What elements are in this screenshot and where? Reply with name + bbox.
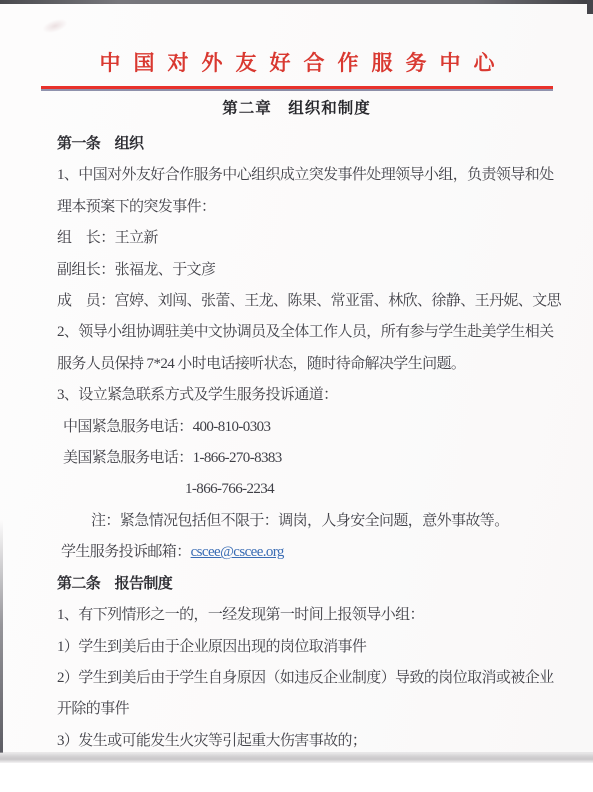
text-line: 2）学生到美后由于学生自身原因（如违反企业制度）导致的岗位取消或被企业 [57,663,557,694]
document-page: 中国对外友好合作服务中心 第二章 组织和制度 第一条 组织 1、中国对外友好合作… [0,0,593,753]
section-heading: 第一条 组织 [57,129,557,160]
text-line: 2、领导小组协调驻美中文协调员及全体工作人员，所有参与学生赴美学生相关 [57,317,557,348]
text-line: 成 员：宫婷、刘闯、张蕾、王龙、陈果、常亚雷、林欣、徐静、王丹妮、文思 [57,286,557,317]
text-line: 组 长：王立新 [57,223,557,254]
text-line: 3、设立紧急联系方式及学生服务投诉通道： [57,380,557,411]
email-line: 学生服务投诉邮箱：cscee@cscee.org [57,537,557,568]
scan-edge-left [0,520,3,753]
phone-line-usa: 美国紧急服务电话：1-866-270-8383 [57,443,557,474]
text-line: 副组长：张福龙、于文彦 [57,255,557,286]
scanned-document-viewport: 中国对外友好合作服务中心 第二章 组织和制度 第一条 组织 1、中国对外友好合作… [0,0,593,792]
document-body: 第一条 组织 1、中国对外友好合作服务中心组织成立突发事件处理领导小组，负责领导… [0,129,593,757]
text-line: 理本预案下的突发事件： [57,192,557,223]
scan-edge-top [0,0,593,4]
chapter-heading: 第二章 组织和制度 [0,91,593,120]
text-line: 1、有下列情形之一的，一经发现第一时间上报领导小组： [57,600,557,631]
page-title: 中国对外友好合作服务中心 [0,0,593,77]
note-line: 注：紧急情况包括但不限于：调岗，人身安全问题，意外事故等。 [57,506,557,537]
phone-line-china: 中国紧急服务电话：400-810-0303 [57,412,557,443]
email-link[interactable]: cscee@cscee.org [191,544,284,560]
email-label: 学生服务投诉邮箱： [61,544,191,560]
scan-edge-top-right [587,0,593,14]
phone-line-usa-2: 1-866-766-2234 [57,474,557,505]
section-heading: 第二条 报告制度 [57,569,557,600]
text-line: 服务人员保持 7*24 小时电话接听状态，随时待命解决学生问题。 [57,349,557,380]
text-line: 1、中国对外友好合作服务中心组织成立突发事件处理领导小组，负责领导和处 [57,160,557,191]
text-line: 开除的事件 [57,694,557,725]
scan-page-bottom-shadow [0,752,593,763]
text-line: 1）学生到美后由于企业原因出现的岗位取消事件 [57,632,557,663]
